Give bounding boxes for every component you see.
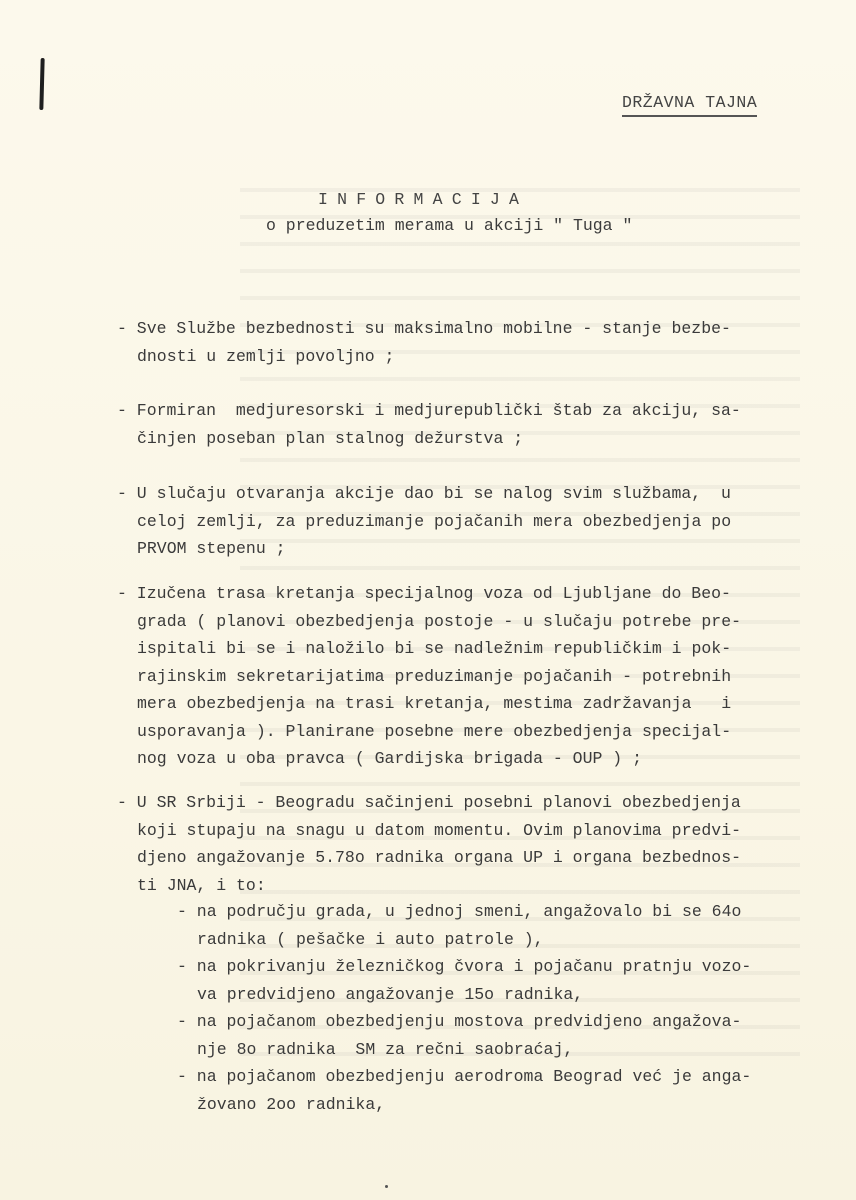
- text-line: - na pojačanom obezbedjenju aerodroma Be…: [177, 1063, 817, 1091]
- sub-item: - na području grada, u jednoj smeni, ang…: [177, 898, 817, 953]
- paragraph-item: - U slučaju otvaranja akcije dao bi se n…: [117, 480, 817, 563]
- text-line: - na području grada, u jednoj smeni, ang…: [177, 898, 817, 926]
- text-line: PRVOM stepenu ;: [117, 535, 817, 563]
- text-line: - na pokrivanju železničkog čvora i poja…: [177, 953, 817, 981]
- paragraph-item: - Izučena trasa kretanja specijalnog voz…: [117, 580, 817, 773]
- text-line: - Formiran medjuresorski i medjurepublič…: [117, 397, 817, 425]
- document-subtitle: o preduzetim merama u akciji " Tuga ": [266, 216, 632, 235]
- text-line: - Sve Službe bezbednosti su maksimalno m…: [117, 315, 817, 343]
- paragraph-item: - Formiran medjuresorski i medjurepublič…: [117, 397, 817, 452]
- classification-label: DRŽAVNA TAJNA: [622, 93, 757, 117]
- sub-item: - na pojačanom obezbedjenju mostova pred…: [177, 1008, 817, 1063]
- text-line: va predvidjeno angažovanje 15o radnika,: [177, 981, 817, 1009]
- text-line: usporavanja ). Planirane posebne mere ob…: [117, 718, 817, 746]
- document-title: INFORMACIJA: [318, 190, 528, 209]
- text-line: - Izučena trasa kretanja specijalnog voz…: [117, 580, 817, 608]
- text-line: - na pojačanom obezbedjenju mostova pred…: [177, 1008, 817, 1036]
- sub-item: - na pokrivanju železničkog čvora i poja…: [177, 953, 817, 1008]
- text-line: žovano 2oo radnika,: [177, 1091, 817, 1119]
- text-line: celoj zemlji, za preduzimanje pojačanih …: [117, 508, 817, 536]
- text-line: koji stupaju na snagu u datom momentu. O…: [117, 817, 817, 845]
- paragraph-item: - Sve Službe bezbednosti su maksimalno m…: [117, 315, 817, 370]
- margin-pen-mark: [39, 58, 44, 110]
- text-line: grada ( planovi obezbedjenja postoje - u…: [117, 608, 817, 636]
- text-line: ti JNA, i to:: [117, 872, 817, 900]
- text-line: rajinskim sekretarijatima preduzimanje p…: [117, 663, 817, 691]
- text-line: - U SR Srbiji - Beogradu sačinjeni poseb…: [117, 789, 817, 817]
- text-line: dnosti u zemlji povoljno ;: [117, 343, 817, 371]
- sub-item: - na pojačanom obezbedjenju aerodroma Be…: [177, 1063, 817, 1118]
- text-line: nje 8o radnika SM za rečni saobraćaj,: [177, 1036, 817, 1064]
- ink-speck: [385, 1185, 388, 1188]
- text-line: radnika ( pešačke i auto patrole ),: [177, 926, 817, 954]
- paragraph-item: - U SR Srbiji - Beogradu sačinjeni poseb…: [117, 789, 817, 899]
- text-line: mera obezbedjenja na trasi kretanja, mes…: [117, 690, 817, 718]
- text-line: nog voza u oba pravca ( Gardijska brigad…: [117, 745, 817, 773]
- text-line: djeno angažovanje 5.78o radnika organa U…: [117, 844, 817, 872]
- document-page: DRŽAVNA TAJNA INFORMACIJA o preduzetim m…: [0, 0, 856, 1200]
- text-line: činjen poseban plan stalnog dežurstva ;: [117, 425, 817, 453]
- text-line: - U slučaju otvaranja akcije dao bi se n…: [117, 480, 817, 508]
- text-line: ispitali bi se i naložilo bi se nadležni…: [117, 635, 817, 663]
